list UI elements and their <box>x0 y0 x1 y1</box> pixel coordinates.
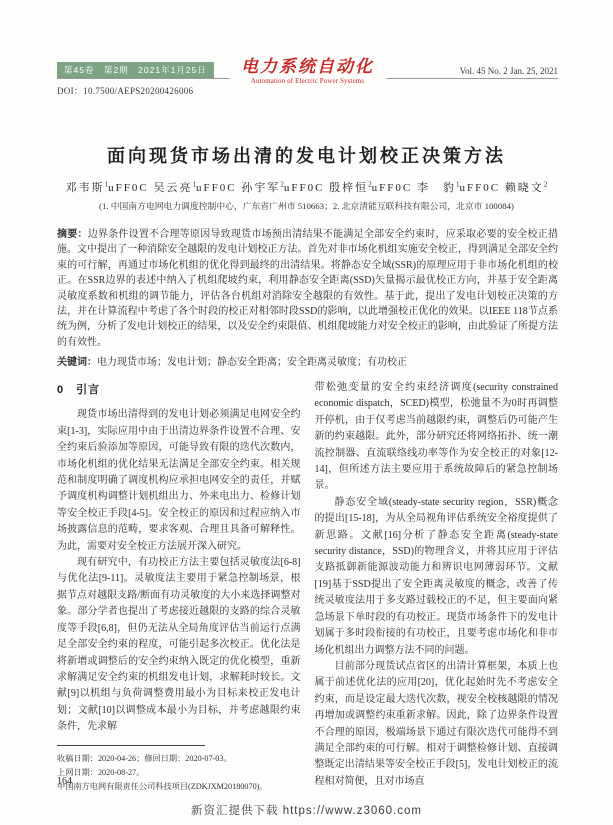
affiliation-line: (1. 中国南方电网电力调度控制中心，广东省广州市 510663；2. 北京清能… <box>0 199 613 212</box>
author-affiliation-sup: 2 <box>280 180 284 188</box>
body-paragraph: 目前部分现货试点省区的出清计算框架，本质上也属于前述优化法的应用[20]，优化起… <box>315 659 559 790</box>
journal-page: 第45卷 第2期 2021年1月25日 DOI：10.7500/AEPS2020… <box>0 0 613 825</box>
body-paragraph: 现货市场出清得到的发电计划必须满足电网安全约束[1-3]，实际应用中由于出清边界… <box>57 407 301 555</box>
abstract-label: 摘要： <box>57 229 88 240</box>
author-name: 殷梓恒 <box>329 182 368 194</box>
footnote-received-date: 收稿日期：2020-04-26；修回日期：2020-07-03。 <box>57 752 301 766</box>
author: 李 豹1 <box>417 182 500 194</box>
body-columns: 0 引言 现货市场出清得到的发电计划必须满足电网安全约束[1-3]，实际应用中由… <box>57 380 558 794</box>
body-paragraph: 静态安全域(steady-state security region，SSR)概… <box>315 495 559 659</box>
page-number: 164 <box>57 776 72 787</box>
keywords-label: 关键词： <box>57 357 97 368</box>
footnote-funding: 中国南方电网有限责任公司科技项目(ZDKJXM20180070)。 <box>57 780 301 794</box>
left-column: 0 引言 现货市场出清得到的发电计划必须满足电网安全约束[1-3]，实际应用中由… <box>57 380 301 794</box>
author: 赖晓文2 <box>505 182 548 194</box>
author-name: 吴云亮 <box>154 182 193 194</box>
doi-text: DOI：10.7500/AEPS20200426006 <box>57 84 193 97</box>
body-paragraph: 带松弛变量的安全约束经济调度(security constrained econ… <box>315 380 559 495</box>
keywords-block: 关键词：电力现货市场；发电计划；静态安全距离；安全距离灵敏度；有功校正 <box>57 353 558 368</box>
author: 殷梓恒2 <box>329 182 412 194</box>
body-paragraph: 现有研究中，有功校正方法主要包括灵敏度法[6-8]与优化法[9-11]。灵敏度法… <box>57 555 301 735</box>
footnote-divider <box>57 745 205 746</box>
download-watermark: 新资汇提供下载 https://www.z3060.com <box>0 802 613 818</box>
article-title: 面向现货市场出清的发电计划校正决策方法 <box>0 142 613 168</box>
abstract-block: 摘要：边界条件设置不合理等原因导致现货市场预出清结果不能满足全部安全约束时，应采… <box>57 227 558 350</box>
author-affiliation-sup: 1 <box>105 180 109 188</box>
author-affiliation-sup: 1 <box>193 180 197 188</box>
abstract-text: 边界条件设置不合理等原因导致现货市场预出清结果不能满足全部安全约束时，应采取必要… <box>57 229 558 348</box>
author: 邓韦斯1 <box>66 182 149 194</box>
author-name: 李 豹 <box>417 182 456 194</box>
author: 吴云亮1 <box>154 182 237 194</box>
footnote-online-date: 上网日期：2020-08-27。 <box>57 766 301 780</box>
author-line: 邓韦斯1 吴云亮1 孙宇军2 殷梓恒2 李 豹1 赖晓文2 <box>0 179 613 195</box>
keywords-text: 电力现货市场；发电计划；静态安全距离；安全距离灵敏度；有功校正 <box>97 357 407 368</box>
footnotes-block: 收稿日期：2020-04-26；修回日期：2020-07-03。 上网日期：20… <box>57 752 301 794</box>
section-0-heading: 0 引言 <box>57 382 301 398</box>
issue-info-en: Vol. 45 No. 2 Jan. 25, 2021 <box>460 66 558 76</box>
journal-masthead: 第45卷 第2期 2021年1月25日 DOI：10.7500/AEPS2020… <box>57 57 558 109</box>
author-name: 邓韦斯 <box>66 182 105 194</box>
journal-name-en: Automation of Electric Power Systems <box>241 77 374 86</box>
author: 孙宇军2 <box>241 182 324 194</box>
author-affiliation-sup: 1 <box>456 180 460 188</box>
right-column: 带松弛变量的安全约束经济调度(security constrained econ… <box>315 380 559 794</box>
author-affiliation-sup: 2 <box>368 180 372 188</box>
author-name: 孙宇军 <box>241 182 280 194</box>
issue-info-cn: 第45卷 第2期 2021年1月25日 <box>57 62 214 78</box>
journal-name-cn: 电力系统自动化 <box>241 57 374 77</box>
journal-logo: 电力系统自动化 Automation of Electric Power Sys… <box>229 57 386 86</box>
author-affiliation-sup: 2 <box>544 180 548 188</box>
author-name: 赖晓文 <box>505 182 544 194</box>
